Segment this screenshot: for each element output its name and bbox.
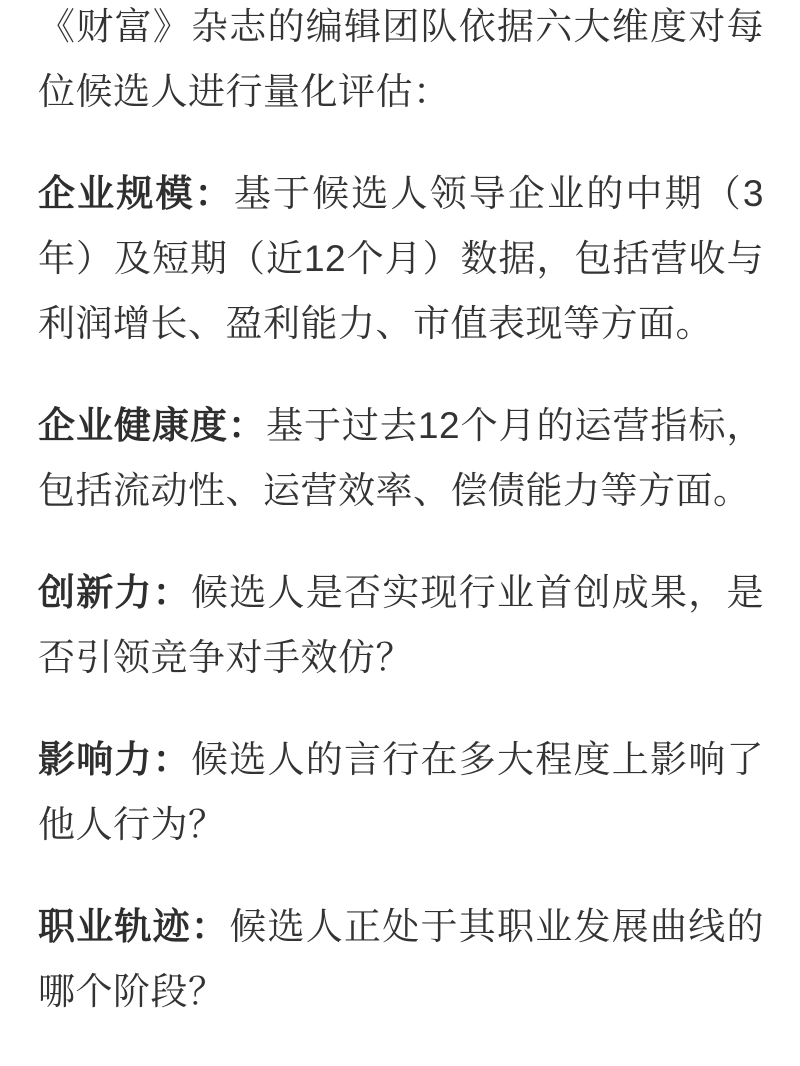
intro-text: 《财富》杂志的编辑团队依据六大维度对每位候选人进行量化评估： <box>38 6 764 112</box>
term-label: 职业轨迹： <box>38 906 229 947</box>
term-label: 企业健康度： <box>38 405 266 446</box>
term-label: 影响力： <box>38 739 191 780</box>
definition-paragraph-enterprise-health: 企业健康度：基于过去12个月的运营指标，包括流动性、运营效率、偿债能力等方面。 <box>38 393 764 523</box>
term-label: 企业规模： <box>38 173 234 214</box>
document-body: 《财富》杂志的编辑团队依据六大维度对每位候选人进行量化评估： 企业规模：基于候选… <box>0 0 800 1024</box>
definition-paragraph-career-trajectory: 职业轨迹：候选人正处于其职业发展曲线的哪个阶段？ <box>38 894 764 1024</box>
term-label: 创新力： <box>38 572 191 613</box>
definition-paragraph-enterprise-scale: 企业规模：基于候选人领导企业的中期（3年）及短期（近12个月）数据，包括营收与利… <box>38 161 764 356</box>
definition-paragraph-innovation: 创新力：候选人是否实现行业首创成果，是否引领竞争对手效仿？ <box>38 560 764 690</box>
definition-paragraph-influence: 影响力：候选人的言行在多大程度上影响了他人行为？ <box>38 727 764 857</box>
intro-paragraph: 《财富》杂志的编辑团队依据六大维度对每位候选人进行量化评估： <box>38 0 764 124</box>
